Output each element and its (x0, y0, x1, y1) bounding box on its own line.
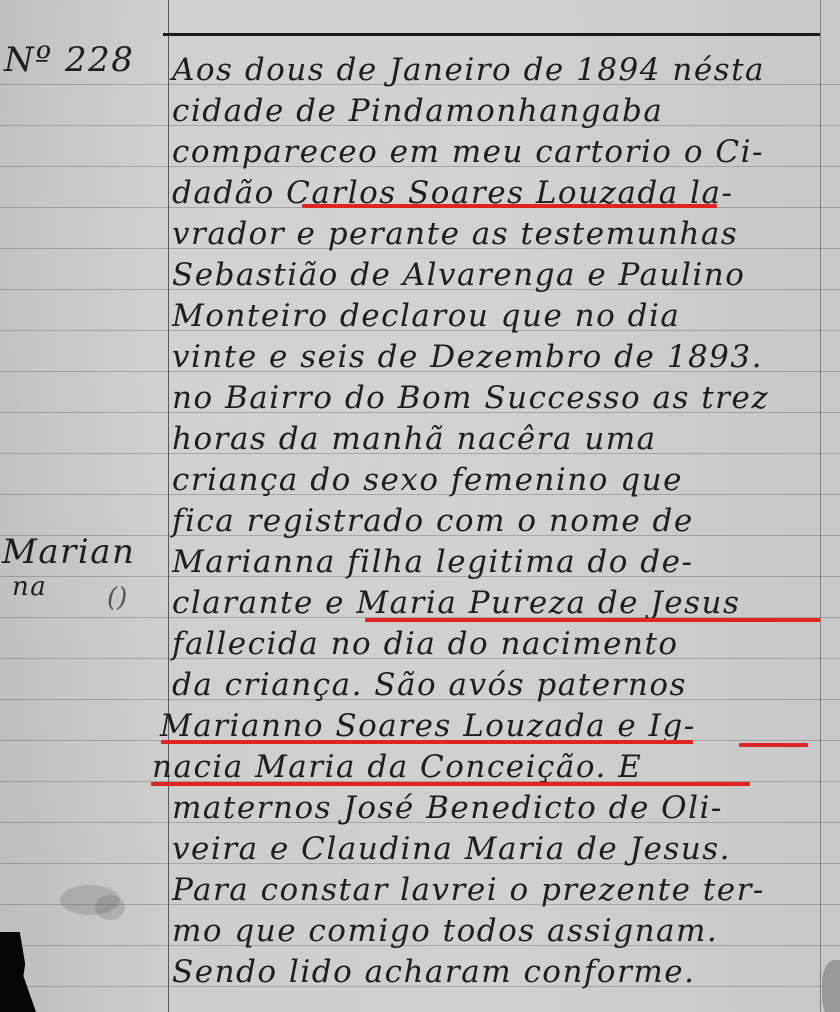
highlight-underline-ig (739, 743, 808, 747)
text-line: compareceo em meu cartorio o Ci- (172, 134, 764, 170)
page-edge-shadow (822, 960, 840, 1012)
top-border-rule (163, 33, 820, 36)
text-line: clarante e Maria Pureza de Jesus (172, 585, 740, 621)
text-line: da criança. São avós paternos (172, 667, 687, 703)
text-line: veira e Claudina Maria de Jesus. (172, 831, 731, 867)
text-line: fallecida no dia do nacimento (172, 626, 679, 662)
text-line: Sendo lido acharam conforme. (172, 954, 695, 990)
right-margin-rule (820, 0, 821, 1012)
text-line: Monteiro declarou que no dia (172, 298, 680, 334)
entry-number: Nº 228 (4, 40, 134, 80)
highlight-underline-marianno-soares-louzada (161, 740, 693, 744)
highlight-underline-ignacia-maria-da-conceicao (151, 782, 750, 786)
text-line: Para constar lavrei o prezente ter- (172, 872, 765, 908)
paper-stain (95, 895, 125, 920)
pencil-annotation-mark: () (107, 583, 127, 613)
text-line: mo que comigo todos assignam. (172, 913, 718, 949)
highlight-underline-maria-pureza-de-jesus (365, 618, 820, 622)
text-line: vrador e perante as testemunhas (172, 216, 738, 252)
highlight-underline-carlos-soares-louzada (302, 204, 717, 208)
text-line: Sebastião de Alvarenga e Paulino (172, 257, 745, 293)
text-line: cidade de Pindamonhangaba (172, 93, 663, 129)
text-line: Marianna filha legitima do de- (172, 544, 693, 580)
text-line: criança do sexo femenino que (172, 462, 683, 498)
text-line: fica registrado com o nome de (172, 503, 694, 539)
text-line: Marianno Soares Louzada e Ig- (160, 708, 696, 744)
page-corner-shadow (0, 932, 36, 1012)
text-line: no Bairro do Bom Successo as trez (172, 380, 769, 416)
text-line: vinte e seis de Dezembro de 1893. (172, 339, 763, 375)
left-margin-rule (168, 0, 169, 1012)
margin-name-line-2: na (12, 572, 47, 602)
text-line: horas da manhã nacêra uma (172, 421, 657, 457)
registry-page: Nº 228 Marian na () Aos dous de Janeiro … (0, 0, 840, 1012)
text-line: Aos dous de Janeiro de 1894 nésta (172, 52, 765, 88)
text-line: maternos José Benedicto de Oli- (172, 790, 723, 826)
margin-name-line-1: Marian (2, 532, 135, 572)
text-line: nacia Maria da Conceição. E (152, 749, 642, 785)
